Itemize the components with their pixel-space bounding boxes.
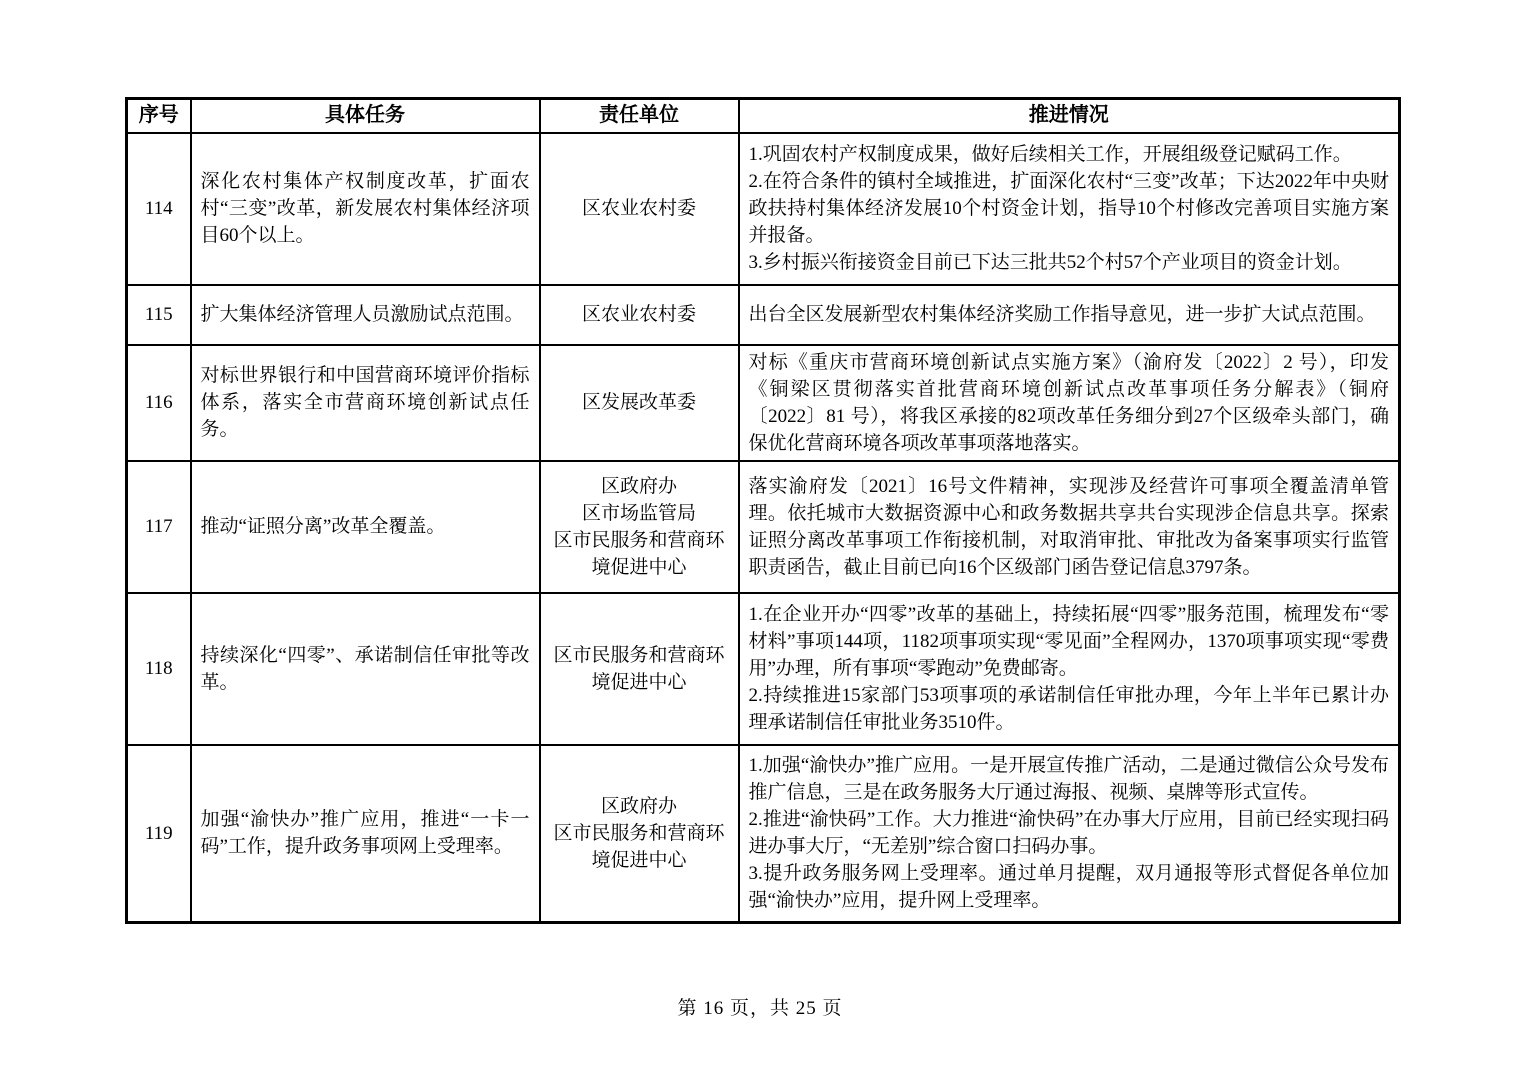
task-cell: 持续深化“四零”、承诺制信任审批等改革。	[191, 593, 540, 745]
unit-cell: 区政府办 区市场监管局 区市民服务和营商环境促进中心	[540, 461, 739, 593]
header-progress-status: 推进情况	[739, 99, 1400, 133]
table-row: 115 扩大集体经济管理人员激励试点范围。 区农业农村委 出台全区发展新型农村集…	[127, 285, 1400, 345]
progress-cell: 落实渝府发〔2021〕16号文件精神，实现涉及经营许可事项全覆盖清单管理。依托城…	[739, 461, 1400, 593]
row-number-cell: 116	[127, 345, 191, 461]
row-number-cell: 114	[127, 133, 191, 285]
table-row: 114 深化农村集体产权制度改革，扩面农村“三变”改革，新发展农村集体经济项目6…	[127, 133, 1400, 285]
unit-cell: 区发展改革委	[540, 345, 739, 461]
unit-cell: 区政府办 区市民服务和营商环境促进中心	[540, 745, 739, 923]
unit-cell: 区市民服务和营商环境促进中心	[540, 593, 739, 745]
row-number-cell: 119	[127, 745, 191, 923]
table-header-row: 序号 具体任务 责任单位 推进情况	[127, 99, 1400, 133]
row-number-cell: 118	[127, 593, 191, 745]
task-cell: 加强“渝快办”推广应用，推进“一卡一码”工作，提升政务事项网上受理率。	[191, 745, 540, 923]
page-footer: 第 16 页，共 25 页	[0, 993, 1520, 1020]
task-cell: 扩大集体经济管理人员激励试点范围。	[191, 285, 540, 345]
task-cell: 深化农村集体产权制度改革，扩面农村“三变”改革，新发展农村集体经济项目60个以上…	[191, 133, 540, 285]
progress-cell: 对标《重庆市营商环境创新试点实施方案》（渝府发〔2022〕2 号），印发《铜梁区…	[739, 345, 1400, 461]
progress-cell: 出台全区发展新型农村集体经济奖励工作指导意见，进一步扩大试点范围。	[739, 285, 1400, 345]
row-number-cell: 115	[127, 285, 191, 345]
header-serial-number: 序号	[127, 99, 191, 133]
progress-cell: 1.巩固农村产权制度成果，做好后续相关工作，开展组级登记赋码工作。 2.在符合条…	[739, 133, 1400, 285]
table-row: 116 对标世界银行和中国营商环境评价指标体系，落实全市营商环境创新试点任务。 …	[127, 345, 1400, 461]
task-cell: 推动“证照分离”改革全覆盖。	[191, 461, 540, 593]
table-row: 119 加强“渝快办”推广应用，推进“一卡一码”工作，提升政务事项网上受理率。 …	[127, 745, 1400, 923]
document-page: 序号 具体任务 责任单位 推进情况 114 深化农村集体产权制度改革，扩面农村“…	[0, 0, 1520, 1074]
progress-cell: 1.在企业开办“四零”改革的基础上，持续拓展“四零”服务范围，梳理发布“零材料”…	[739, 593, 1400, 745]
header-responsible-unit: 责任单位	[540, 99, 739, 133]
table-row: 118 持续深化“四零”、承诺制信任审批等改革。 区市民服务和营商环境促进中心 …	[127, 593, 1400, 745]
progress-cell: 1.加强“渝快办”推广应用。一是开展宣传推广活动，二是通过微信公众号发布推广信息…	[739, 745, 1400, 923]
header-specific-task: 具体任务	[191, 99, 540, 133]
row-number-cell: 117	[127, 461, 191, 593]
table-row: 117 推动“证照分离”改革全覆盖。 区政府办 区市场监管局 区市民服务和营商环…	[127, 461, 1400, 593]
unit-cell: 区农业农村委	[540, 133, 739, 285]
task-cell: 对标世界银行和中国营商环境评价指标体系，落实全市营商环境创新试点任务。	[191, 345, 540, 461]
progress-table: 序号 具体任务 责任单位 推进情况 114 深化农村集体产权制度改革，扩面农村“…	[125, 97, 1401, 924]
unit-cell: 区农业农村委	[540, 285, 739, 345]
